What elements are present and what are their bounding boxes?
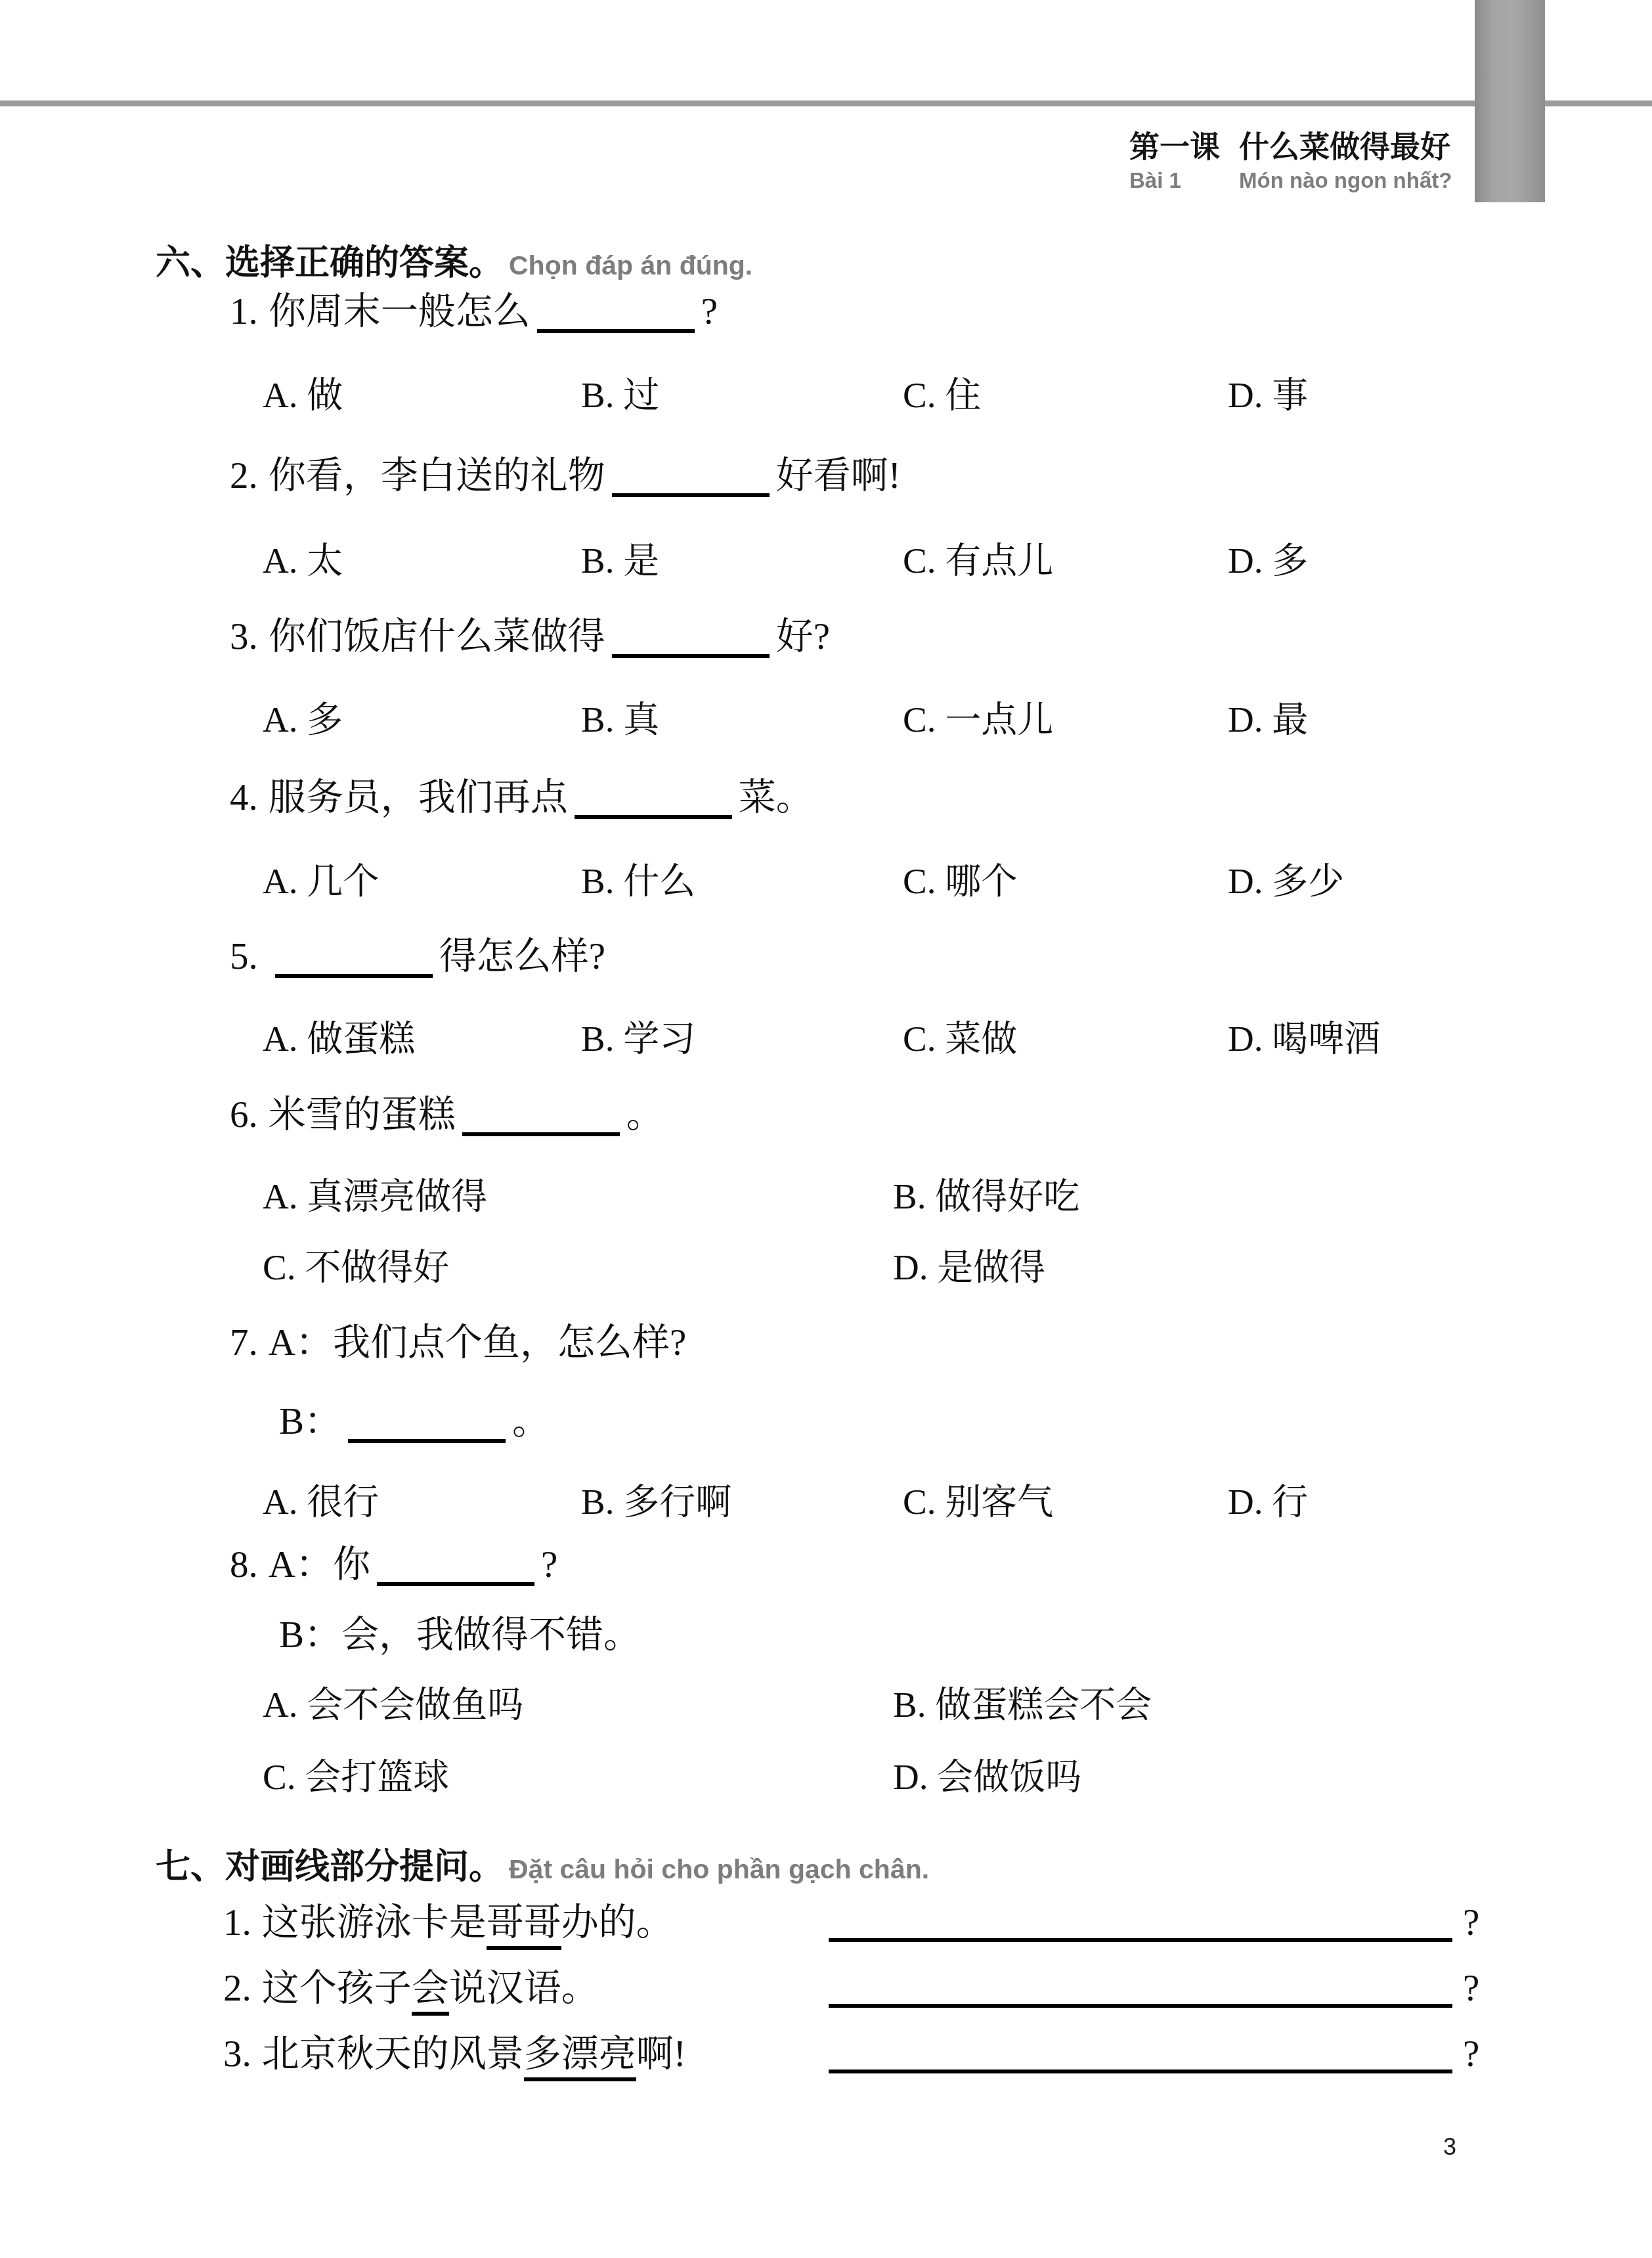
option-c: C. 一点儿 <box>903 697 1053 742</box>
question-text-after: 好看啊! <box>776 455 901 497</box>
question-number: 7. <box>230 1322 258 1363</box>
lesson-title-vn: Món nào ngon nhất? <box>1239 168 1452 192</box>
option-b: B. 什么 <box>581 859 695 904</box>
question-text-after: 菜。 <box>739 777 814 818</box>
s6-q8-lineA: 8.A：你? <box>230 1542 557 1588</box>
option-d: D. 事 <box>1228 373 1308 418</box>
lesson-number-cn: 第一课 <box>1129 126 1239 167</box>
option-a: A. 太 <box>263 539 343 583</box>
s7-q2: 2.这个孩子会说汉语。 ? <box>223 1966 599 2016</box>
underlined-word: 多漂亮 <box>524 2034 636 2081</box>
option-d: D. 最 <box>1228 697 1308 742</box>
dialog-line-a: A：你 <box>269 1544 370 1585</box>
option-b: B. 做蛋糕会不会 <box>893 1683 1152 1727</box>
question-number: 3. <box>223 2033 251 2075</box>
lesson-header-cn: 第一课什么菜做得最好 <box>1129 126 1452 167</box>
question-number: 6. <box>230 1094 258 1136</box>
s6-q4: 4.服务员，我们再点菜。 <box>230 775 814 821</box>
dialog-line-b-after: 。 <box>512 1401 550 1442</box>
option-c: C. 不做得好 <box>263 1245 449 1290</box>
option-a: A. 做 <box>263 373 343 418</box>
question-text-after: ? <box>701 291 718 332</box>
fill-in-blank <box>348 1439 506 1443</box>
option-c: C. 别客气 <box>903 1480 1053 1524</box>
section6-heading-cn: 六、选择正确的答案。 <box>156 244 504 282</box>
question-mark: ? <box>1463 1900 1479 1946</box>
question-number: 4. <box>230 777 258 818</box>
sentence-text-after: 说汉语。 <box>449 1968 599 2009</box>
option-b: B. 是 <box>581 539 659 583</box>
sentence-text-after: 办的。 <box>561 1902 674 1943</box>
header-rule <box>0 100 1652 106</box>
lesson-header-vn: Bài 1Món nào ngon nhất? <box>1129 167 1452 194</box>
question-number: 2. <box>230 455 258 497</box>
s6-q8-lineB: B：会，我做得不错。 <box>279 1612 641 1658</box>
option-c: C. 哪个 <box>903 859 1017 904</box>
question-text: 你周末一般怎么 <box>269 291 531 332</box>
fill-in-blank <box>612 654 770 658</box>
answer-line <box>829 2070 1452 2073</box>
answer-line <box>829 1938 1452 1942</box>
option-c: C. 有点儿 <box>903 539 1053 583</box>
s6-q6: 6.米雪的蛋糕。 <box>230 1092 664 1138</box>
fill-in-blank <box>575 815 732 819</box>
s6-q1: 1.你周末一般怎么? <box>230 289 718 335</box>
question-number: 2. <box>223 1968 251 2009</box>
question-number: 8. <box>230 1544 258 1585</box>
option-c: C. 住 <box>903 373 981 418</box>
dialog-line-b: B： <box>279 1401 341 1442</box>
question-text: 服务员，我们再点 <box>269 777 568 818</box>
question-text: 米雪的蛋糕 <box>269 1094 456 1136</box>
lesson-number-vn: Bài 1 <box>1129 167 1239 194</box>
s6-q2: 2.你看，李白送的礼物好看啊! <box>230 453 901 499</box>
question-number: 1. <box>223 1902 251 1943</box>
fill-in-blank <box>537 329 695 333</box>
option-c: C. 菜做 <box>903 1017 1017 1061</box>
question-number: 1. <box>230 291 258 332</box>
option-b: B. 过 <box>581 373 659 418</box>
fill-in-blank <box>462 1132 620 1136</box>
option-a: A. 几个 <box>263 859 379 904</box>
dialog-line-a-after: ? <box>541 1544 557 1585</box>
question-mark: ? <box>1463 2031 1479 2077</box>
section6-heading-vn: Chọn đáp án đúng. <box>509 250 752 280</box>
option-a: A. 很行 <box>263 1480 379 1524</box>
question-number: 3. <box>230 616 258 657</box>
question-number: 5. <box>230 936 258 977</box>
sentence-text: 这张游泳卡是 <box>262 1902 487 1943</box>
question-text-after: 得怎么样? <box>439 936 605 977</box>
s6-q3: 3.你们饭店什么菜做得好? <box>230 614 830 660</box>
s6-q7-lineB: B：。 <box>279 1399 550 1445</box>
question-text-after: 好? <box>776 616 830 657</box>
option-a: A. 做蛋糕 <box>263 1017 415 1061</box>
option-c: C. 会打篮球 <box>263 1755 449 1800</box>
option-a: A. 多 <box>263 697 343 742</box>
workbook-page: 第一课什么菜做得最好 Bài 1Món nào ngon nhất? 六、选择正… <box>0 0 1652 2258</box>
underlined-word: 哥哥 <box>487 1903 561 1950</box>
option-d: D. 多 <box>1228 539 1308 583</box>
option-d: D. 行 <box>1228 1480 1308 1524</box>
option-d: D. 喝啤酒 <box>1228 1017 1380 1061</box>
sentence-text: 这个孩子 <box>262 1968 412 2009</box>
option-a: A. 会不会做鱼吗 <box>263 1683 523 1727</box>
sentence-text: 北京秋天的风景 <box>262 2033 524 2075</box>
question-text: 你们饭店什么菜做得 <box>269 616 605 657</box>
answer-line <box>829 2004 1452 2008</box>
lesson-header: 第一课什么菜做得最好 Bài 1Món nào ngon nhất? <box>1129 126 1452 194</box>
option-b: B. 真 <box>581 697 659 742</box>
dialog-line-a: A：我们点个鱼，怎么样? <box>269 1322 686 1363</box>
underlined-word: 会 <box>412 1968 449 2016</box>
option-b: B. 学习 <box>581 1017 695 1061</box>
section7-heading: 七、对画线部分提问。Đặt câu hỏi cho phần gạch chân… <box>156 1839 929 1889</box>
page-number: 3 <box>1443 2133 1456 2161</box>
question-text-after: 。 <box>626 1094 664 1136</box>
s7-q3: 3.北京秋天的风景多漂亮啊! ? <box>223 2031 686 2081</box>
question-mark: ? <box>1463 1966 1479 2012</box>
fill-in-blank <box>275 974 433 978</box>
section6-heading: 六、选择正确的答案。Chọn đáp án đúng. <box>156 235 752 285</box>
s6-q5: 5.得怎么样? <box>230 934 605 980</box>
fill-in-blank <box>612 493 770 497</box>
lesson-title-cn: 什么菜做得最好 <box>1239 129 1450 164</box>
section7-heading-vn: Đặt câu hỏi cho phần gạch chân. <box>509 1854 929 1884</box>
option-d: D. 是做得 <box>893 1245 1045 1290</box>
fill-in-blank <box>377 1582 534 1586</box>
s7-q1: 1.这张游泳卡是哥哥办的。 ? <box>223 1900 674 1950</box>
question-text: 你看，李白送的礼物 <box>269 455 605 497</box>
option-d: D. 多少 <box>1228 859 1344 904</box>
option-b: B. 做得好吃 <box>893 1174 1079 1219</box>
option-d: D. 会做饭吗 <box>893 1755 1081 1800</box>
header-tab-bar <box>1475 0 1545 202</box>
section7-heading-cn: 七、对画线部分提问。 <box>156 1848 504 1886</box>
dialog-line-b: B：会，我做得不错。 <box>279 1614 641 1656</box>
option-a: A. 真漂亮做得 <box>263 1174 487 1219</box>
option-b: B. 多行啊 <box>581 1480 731 1524</box>
sentence-text-after: 啊! <box>636 2033 686 2075</box>
s6-q7-lineA: 7.A：我们点个鱼，怎么样? <box>230 1320 686 1366</box>
